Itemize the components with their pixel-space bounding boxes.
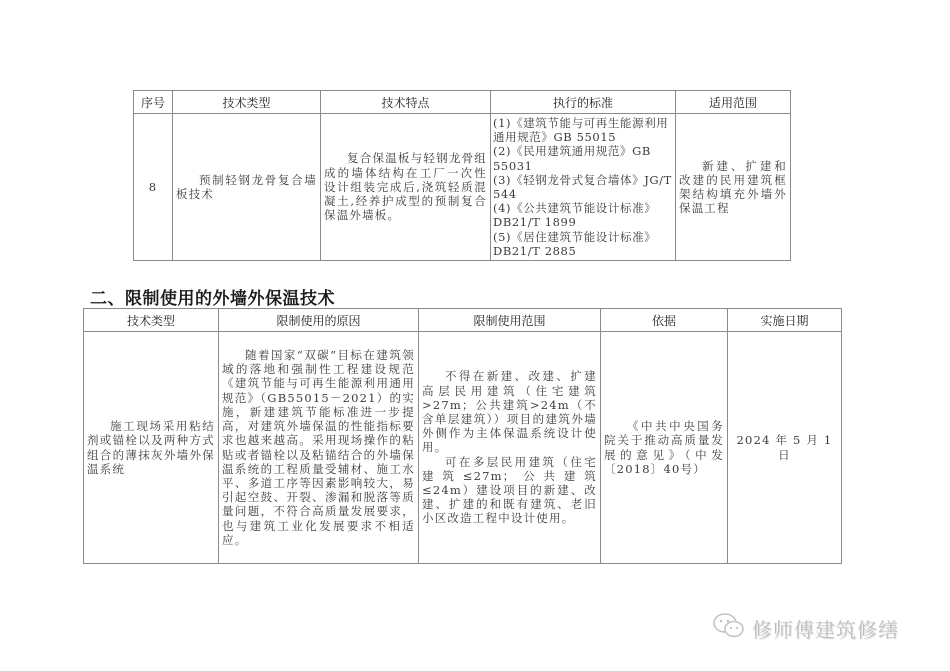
cell-basis: 《中共中央国务院关于推动高质量发展的意见》（中发〔2018〕40号） xyxy=(601,332,728,564)
cell-scope: 不得在新建、改建、扩建高层民用建筑（住宅建筑>27m；公共建筑>24m（不含单层… xyxy=(419,332,601,564)
header-reason: 限制使用的原因 xyxy=(219,309,419,332)
standard-item: (2)《民用建筑通用规范》GB 55031 xyxy=(493,144,673,172)
header-tech-type: 技术类型 xyxy=(173,91,321,114)
cell-features: 复合保温板与轻钢龙骨组成的墙体结构在工厂一次性设计组装完成后,浇筑轻质混凝土,经… xyxy=(321,114,491,261)
header-tech-type: 技术类型 xyxy=(84,309,219,332)
cell-tech-type: 预制轻钢龙骨复合墙板技术 xyxy=(173,114,321,261)
header-number: 序号 xyxy=(134,91,173,114)
scope-paragraph: 可在多层民用建筑（住宅建筑≤27m；公共建筑≤24m）建设项目的新建、改建、扩建… xyxy=(422,455,597,526)
table-header-row: 序号 技术类型 技术特点 执行的标准 适用范围 xyxy=(134,91,791,114)
header-scope: 适用范围 xyxy=(676,91,791,114)
header-date: 实施日期 xyxy=(728,309,842,332)
cell-standards: (1)《建筑节能与可再生能源利用通用规范》GB 55015 (2)《民用建筑通用… xyxy=(491,114,676,261)
header-basis: 依据 xyxy=(601,309,728,332)
cell-reason: 随着国家“双碳”目标在建筑领域的落地和强制性工程建设规范《建筑节能与可再生能源利… xyxy=(219,332,419,564)
standard-item: (4)《公共建筑节能设计标准》DB21/T 1899 xyxy=(493,201,673,229)
section-heading: 二、限制使用的外墙外保温技术 xyxy=(90,284,335,309)
watermark: 修师傅建筑修缮 xyxy=(712,612,899,645)
header-standards: 执行的标准 xyxy=(491,91,676,114)
cell-date: 2024 年 5 月 1 日 xyxy=(728,332,842,564)
standard-item: (3)《轻钢龙骨式复合墙体》JG/T 544 xyxy=(493,173,673,201)
table-header-row: 技术类型 限制使用的原因 限制使用范围 依据 实施日期 xyxy=(84,309,842,332)
scope-paragraph: 不得在新建、改建、扩建高层民用建筑（住宅建筑>27m；公共建筑>24m（不含单层… xyxy=(422,369,597,454)
header-scope: 限制使用范围 xyxy=(419,309,601,332)
standards-table: 序号 技术类型 技术特点 执行的标准 适用范围 8 预制轻钢龙骨复合墙板技术 复… xyxy=(133,90,791,261)
table-row: 8 预制轻钢龙骨复合墙板技术 复合保温板与轻钢龙骨组成的墙体结构在工厂一次性设计… xyxy=(134,114,791,261)
cell-scope: 新建、扩建和改建的民用建筑框架结构填充外墙外保温工程 xyxy=(676,114,791,261)
header-features: 技术特点 xyxy=(321,91,491,114)
standard-item: (5)《居住建筑节能设计标准》DB21/T 2885 xyxy=(493,230,673,258)
standard-item: (1)《建筑节能与可再生能源利用通用规范》GB 55015 xyxy=(493,116,673,144)
wechat-icon xyxy=(712,612,746,645)
cell-number: 8 xyxy=(134,114,173,261)
watermark-text: 修师傅建筑修缮 xyxy=(752,614,899,643)
cell-tech-type: 施工现场采用粘结剂或锚栓以及两种方式组合的薄抹灰外墙外保温系统 xyxy=(84,332,219,564)
table-row: 施工现场采用粘结剂或锚栓以及两种方式组合的薄抹灰外墙外保温系统 随着国家“双碳”… xyxy=(84,332,842,564)
restricted-tech-table: 技术类型 限制使用的原因 限制使用范围 依据 实施日期 施工现场采用粘结剂或锚栓… xyxy=(83,308,842,564)
